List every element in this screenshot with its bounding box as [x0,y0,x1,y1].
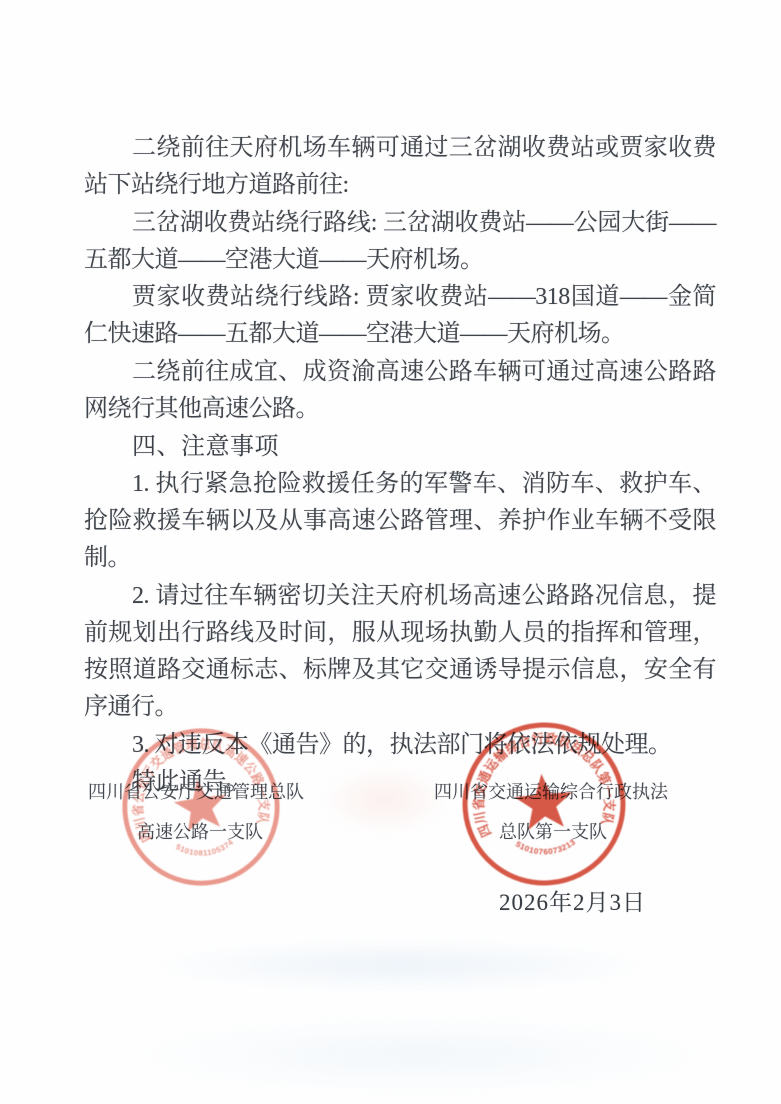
paragraph: 三岔湖收费站绕行路线: 三岔湖收费站——公园大街——五都大道——空港大道——天府… [84,205,716,280]
signature-org-name: 四川省公安厅交通管理总队 [88,772,312,812]
signature-block-police: 四川省公安厅交通管理总队 高速公路一支队 [88,772,312,852]
section-heading: 四、注意事项 [84,428,716,465]
paragraph: 2. 请过往车辆密切关注天府机场高速公路路况信息，提前规划出行路线及时间，服从现… [84,578,716,727]
paragraph: 贾家收费站绕行线路: 贾家收费站——318国道——金简仁快速路——五都大道——空… [84,279,716,354]
signature-block-transport: 四川省交通运输综合行政执法 总队第一支队 [434,772,672,852]
paragraph: 二绕前往天府机场车辆可通过三岔湖收费站或贾家收费站下站绕行地方道路前往: [84,130,716,205]
notice-date: 2026年2月3日 [499,884,646,917]
scan-artifact [120,1015,720,1095]
paragraph: 3. 对违反本《通告》的，执法部门将依法依规处理。 [84,727,716,764]
scan-artifact [140,938,660,993]
signature-org-name: 四川省交通运输综合行政执法 [434,772,672,812]
scanned-notice-page: 二绕前往天府机场车辆可通过三岔湖收费站或贾家收费站下站绕行地方道路前往:三岔湖收… [0,0,781,1104]
signature-org-subunit: 高速公路一支队 [88,812,312,852]
signature-org-subunit: 总队第一支队 [434,812,672,852]
document-body: 二绕前往天府机场车辆可通过三岔湖收费站或贾家收费站下站绕行地方道路前往:三岔湖收… [84,130,716,801]
paragraph: 1. 执行紧急抢险救援任务的军警车、消防车、救护车、抢险救援车辆以及从事高速公路… [84,466,716,578]
paragraph: 二绕前往成宜、成资渝高速公路车辆可通过高速公路路网绕行其他高速公路。 [84,354,716,429]
